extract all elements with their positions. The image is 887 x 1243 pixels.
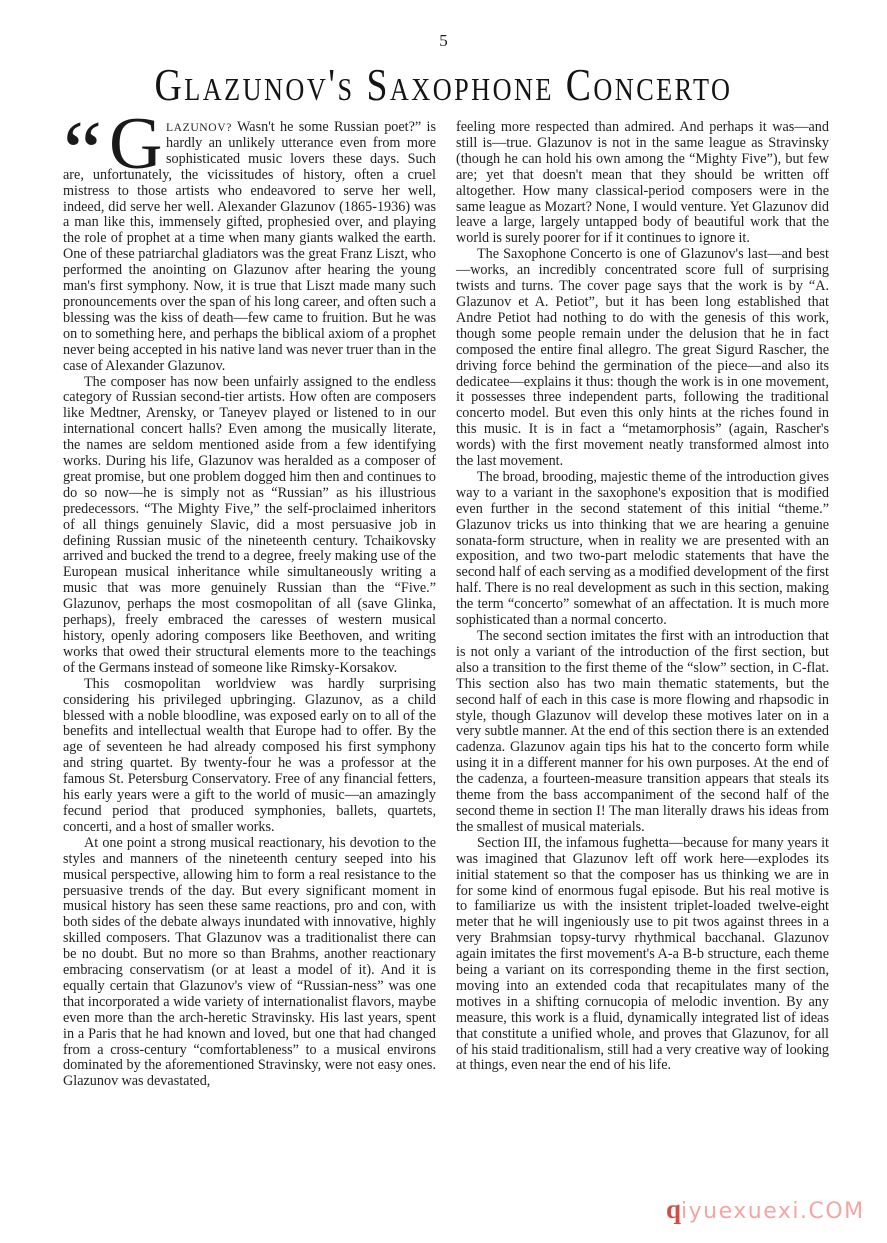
paragraph: The composer has now been unfairly assig… <box>63 375 436 677</box>
paragraph-intro: “GLAZUNOV? Wasn't he some Russian poet?”… <box>63 120 436 375</box>
left-column: “GLAZUNOV? Wasn't he some Russian poet?”… <box>63 120 436 1090</box>
paragraph: The broad, brooding, majestic theme of t… <box>456 470 829 629</box>
paragraph: This cosmopolitan worldview was hardly s… <box>63 677 436 836</box>
page-title: Glazunov's Saxophone Concerto <box>80 58 807 111</box>
watermark: qiyuexuexi.COM <box>666 1194 865 1225</box>
watermark-text: iyuexuexi.COM <box>681 1199 865 1224</box>
small-caps-word: LAZUNOV? <box>166 121 232 134</box>
watermark-logo-q: q <box>666 1194 681 1224</box>
drop-cap-block: “G <box>63 120 164 166</box>
paragraph: The second section imitates the first wi… <box>456 629 829 836</box>
paragraph-continuation: feeling more respected than admired. And… <box>456 120 829 247</box>
right-column: feeling more respected than admired. And… <box>456 120 829 1090</box>
drop-cap-letter: G <box>109 107 162 181</box>
scanned-article-page: 5 Glazunov's Saxophone Concerto “GLAZUNO… <box>0 0 887 1243</box>
paragraph: The Saxophone Concerto is one of Glazuno… <box>456 247 829 470</box>
page-number: 5 <box>0 31 887 51</box>
article-columns: “GLAZUNOV? Wasn't he some Russian poet?”… <box>63 120 829 1090</box>
paragraph: At one point a strong musical reactionar… <box>63 836 436 1091</box>
opening-quote-mark: “ <box>63 109 94 197</box>
paragraph: Section III, the infamous fughetta—becau… <box>456 836 829 1075</box>
